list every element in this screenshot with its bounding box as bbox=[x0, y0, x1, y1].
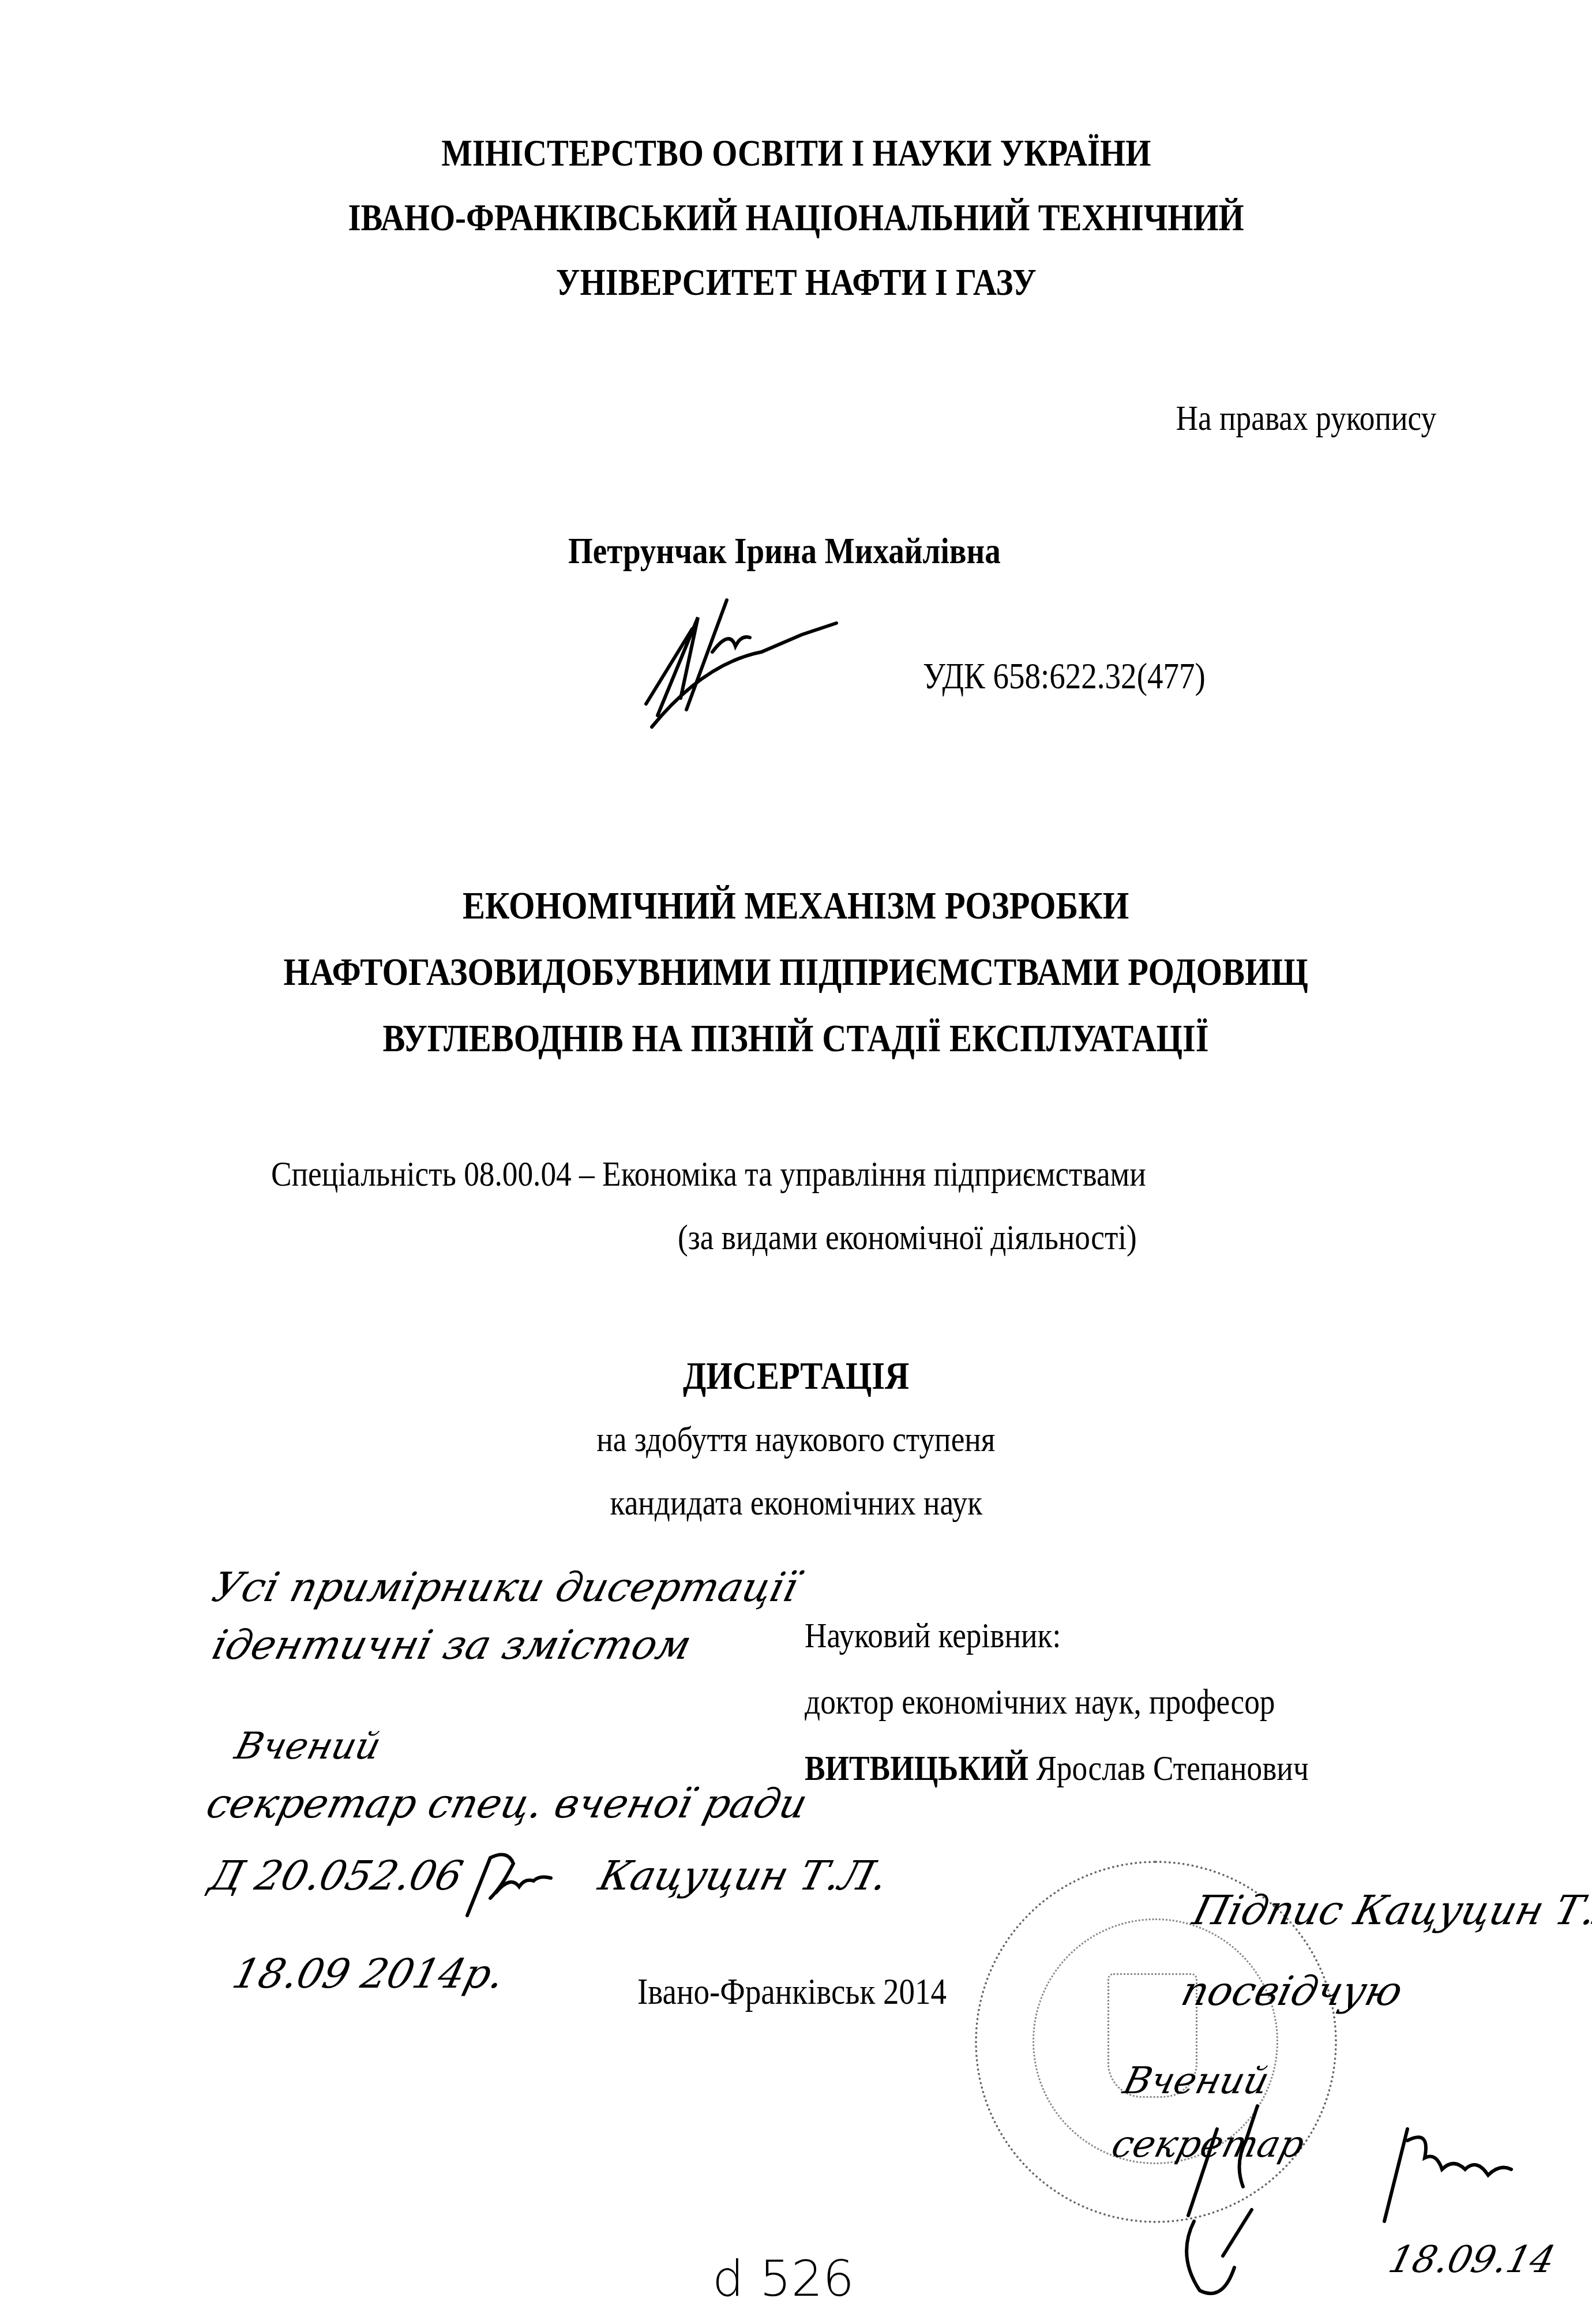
thesis-title-line-2: НАФТОГАЗОВИДОБУВНИМИ ПІДПРИЄМСТВАМИ РОДО… bbox=[0, 949, 1592, 995]
dissertation-heading: ДИСЕРТАЦІЯ bbox=[0, 1353, 1592, 1399]
university-text-1: ІВАНО-ФРАНКІВСЬКИЙ НАЦІОНАЛЬНИЙ ТЕХНІЧНИ… bbox=[348, 196, 1244, 240]
handwritten-left-date: 18.09 2014р. bbox=[228, 1950, 509, 1997]
secretary-signature-icon bbox=[456, 1846, 560, 1921]
handwritten-stamp-note-2: посвідчую bbox=[1177, 1967, 1407, 2015]
city-year: Івано-Франківськ 2014 bbox=[637, 1970, 997, 2013]
udc-text: УДК 658:622.32(477) bbox=[923, 655, 1206, 698]
ministry-text: МІНІСТЕРСТВО ОСВІТИ І НАУКИ УКРАЇНИ bbox=[441, 132, 1151, 175]
dissertation-heading-text: ДИСЕРТАЦІЯ bbox=[683, 1353, 909, 1399]
handwritten-copies-note-2: ідентичні за змістом bbox=[208, 1621, 696, 1669]
dissertation-title-page: МІНІСТЕРСТВО ОСВІТИ І НАУКИ УКРАЇНИ ІВАН… bbox=[0, 0, 1592, 2324]
specialty-text-2: (за видами економічної діяльності) bbox=[678, 1217, 1137, 1258]
handwritten-stamp-note-1: Підпис Кацуцин Т.Л. bbox=[1188, 1887, 1592, 1934]
university-text-2: УНІВЕРСИТЕТ НАФТИ І ГАЗУ bbox=[556, 261, 1037, 305]
degree-text-1: на здобуття наукового ступеня bbox=[596, 1419, 995, 1460]
degree-line-2: кандидата економічних наук bbox=[0, 1483, 1592, 1524]
handwritten-archive-mark: d 526 bbox=[712, 2250, 854, 2308]
supervisor-name: ВИТВИЦЬКИЙ Ярослав Степанович bbox=[805, 1748, 1391, 1789]
thesis-title-text-2: НАФТОГАЗОВИДОБУВНИМИ ПІДПРИЄМСТВАМИ РОДО… bbox=[284, 949, 1308, 995]
manuscript-note: На правах рукопису bbox=[1133, 398, 1436, 439]
specialty-text-1: Спеціальність 08.00.04 – Економіка та уп… bbox=[271, 1154, 1146, 1195]
university-line-2: УНІВЕРСИТЕТ НАФТИ І ГАЗУ bbox=[0, 261, 1592, 305]
specialty-line-1: Спеціальність 08.00.04 – Економіка та уп… bbox=[271, 1154, 1289, 1195]
supervisor-label-text: Науковий керівник: bbox=[805, 1615, 1061, 1656]
thesis-title-line-1: ЕКОНОМІЧНИЙ МЕХАНІЗМ РОЗРОБКИ bbox=[0, 883, 1592, 928]
thesis-title-line-3: ВУГЛЕВОДНІВ НА ПІЗНІЙ СТАДІЇ ЕКСПЛУАТАЦІ… bbox=[0, 1015, 1592, 1061]
supervisor-surname: ВИТВИЦЬКИЙ bbox=[805, 1749, 1028, 1788]
supervisor-label: Науковий керівник: bbox=[805, 1615, 1103, 1656]
supervisor-given-names: Ярослав Степанович bbox=[1036, 1749, 1308, 1788]
degree-line-1: на здобуття наукового ступеня bbox=[0, 1419, 1592, 1460]
handwritten-copies-note-1: Усі примірники дисертації bbox=[208, 1564, 803, 1611]
ministry-line-1: МІНІСТЕРСТВО ОСВІТИ І НАУКИ УКРАЇНИ bbox=[0, 132, 1592, 175]
udc-code: УДК 658:622.32(477) bbox=[923, 655, 1252, 698]
handwritten-secretary-2: секретар спец. вченої ради bbox=[202, 1780, 812, 1827]
supervisor-degree: доктор економічних наук, професор bbox=[805, 1682, 1351, 1723]
specialty-line-2: (за видами економічної діяльності) bbox=[678, 1217, 1211, 1258]
author-name-text: Петрунчак Ірина Михайлівна bbox=[568, 530, 1001, 572]
degree-text-2: кандидата економічних наук bbox=[610, 1483, 982, 1524]
manuscript-note-text: На правах рукопису bbox=[1176, 398, 1436, 439]
thesis-title-text-1: ЕКОНОМІЧНИЙ МЕХАНІЗМ РОЗРОБКИ bbox=[463, 883, 1129, 928]
thesis-title-text-3: ВУГЛЕВОДНІВ НА ПІЗНІЙ СТАДІЇ ЕКСПЛУАТАЦІ… bbox=[383, 1015, 1209, 1061]
handwritten-secretary-1: Вчений bbox=[231, 1725, 385, 1768]
author-signature-icon bbox=[611, 583, 854, 744]
handwritten-secretary-name: Кацуцин Т.Л. bbox=[594, 1852, 893, 1899]
handwritten-council-code: Д 20.052.06 bbox=[205, 1852, 468, 1899]
city-year-text: Івано-Франківськ 2014 bbox=[637, 1970, 947, 2013]
handwritten-secretary-right-1: Вчений bbox=[1119, 2060, 1274, 2102]
university-line-1: ІВАНО-ФРАНКІВСЬКИЙ НАЦІОНАЛЬНИЙ ТЕХНІЧНИ… bbox=[0, 196, 1592, 240]
author-name: Петрунчак Ірина Михайлівна bbox=[568, 530, 1071, 572]
supervisor-degree-text: доктор економічних наук, професор bbox=[805, 1682, 1275, 1723]
handwritten-right-date: 18.09.14 bbox=[1384, 2239, 1559, 2281]
